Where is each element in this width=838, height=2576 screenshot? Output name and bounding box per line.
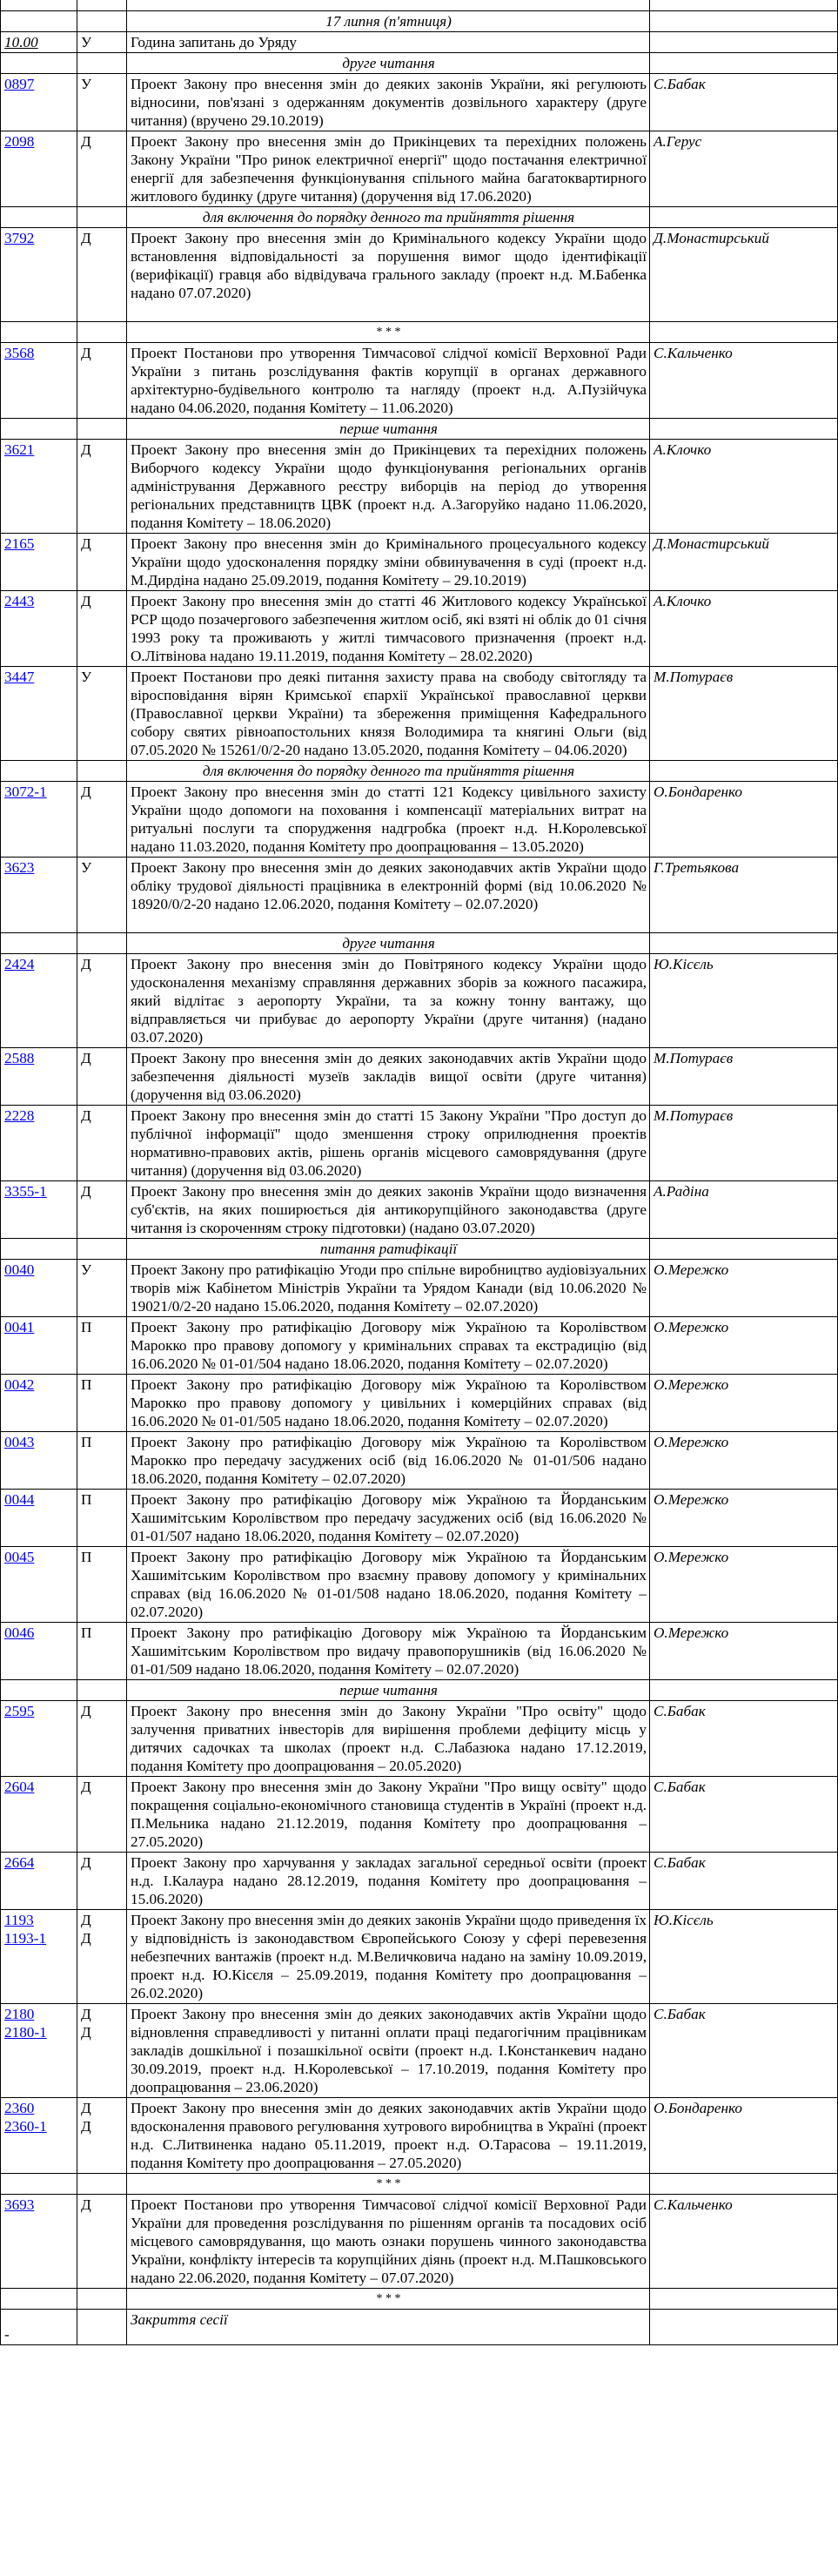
category-cell: ДД bbox=[77, 2004, 127, 2098]
agenda-item-row: 0897УПроект Закону про внесення змін до … bbox=[1, 74, 838, 131]
category-cell: Д bbox=[77, 1777, 127, 1853]
bill-number-link[interactable]: 3792 bbox=[4, 229, 74, 247]
agenda-item-row: 10.00УГодина запитань до Уряду bbox=[1, 32, 838, 53]
bill-number-cell: 3355-1 bbox=[1, 1181, 77, 1239]
category-cell: ДД bbox=[77, 1910, 127, 2004]
section-header-row: перше читання bbox=[1, 1680, 838, 1701]
bill-number-cell: 2604 bbox=[1, 1777, 77, 1853]
category-cell: У bbox=[77, 1260, 127, 1317]
agenda-item-row: 2165ДПроект Закону про внесення змін до … bbox=[1, 534, 838, 591]
responsible-person: С.Кальченко bbox=[650, 343, 838, 419]
agenda-item-row: 3447УПроект Постанови про деякі питання … bbox=[1, 667, 838, 761]
agenda-item-row: 11931193-1ДДПроект Закону про внесення з… bbox=[1, 1910, 838, 2004]
item-description: Проект Закону про ратифікацію Договору м… bbox=[127, 1547, 650, 1623]
bill-number-cell: 0041 bbox=[1, 1317, 77, 1375]
separator-row: * * * bbox=[1, 2289, 838, 2310]
category-code: У bbox=[81, 668, 124, 686]
item-description: Проект Закону про ратифікацію Договору м… bbox=[127, 1317, 650, 1375]
responsible-person bbox=[650, 32, 838, 53]
responsible-person: О.Мережко bbox=[650, 1317, 838, 1375]
bill-number-cell: 0043 bbox=[1, 1432, 77, 1490]
item-description: Година запитань до Уряду bbox=[127, 32, 650, 53]
category-cell: Д bbox=[77, 1048, 127, 1106]
agenda-item-row: 0042ППроект Закону про ратифікацію Догов… bbox=[1, 1375, 838, 1432]
bill-number-link[interactable]: 2180 bbox=[4, 2005, 74, 2023]
bill-number-link[interactable]: 2604 bbox=[4, 1778, 74, 1796]
section-title: друге читання bbox=[127, 53, 650, 74]
responsible-person: М.Потураєв bbox=[650, 1106, 838, 1181]
category-cell: У bbox=[77, 858, 127, 933]
bill-number-link[interactable]: 2588 bbox=[4, 1049, 74, 1067]
item-description: Проект Закону про ратифікацію Договору м… bbox=[127, 1432, 650, 1490]
category-cell: П bbox=[77, 1490, 127, 1547]
category-cell: У bbox=[77, 74, 127, 131]
bill-number-cell: 2165 bbox=[1, 534, 77, 591]
category-code: Д bbox=[81, 132, 124, 151]
category-cell: Д bbox=[77, 1106, 127, 1181]
category-code: П bbox=[81, 1624, 124, 1642]
section-header-row: питання ратифікації bbox=[1, 1239, 838, 1260]
top-blank-row bbox=[1, 0, 838, 11]
category-cell: П bbox=[77, 1375, 127, 1432]
category-cell: П bbox=[77, 1623, 127, 1680]
category-cell: Д bbox=[77, 1701, 127, 1777]
item-description: Проект Закону про внесення змін до статт… bbox=[127, 591, 650, 667]
bill-number-link[interactable]: 2424 bbox=[4, 955, 74, 973]
bill-number-cell: 2228 bbox=[1, 1106, 77, 1181]
closing-row: -Закриття сесії bbox=[1, 2310, 838, 2345]
item-description: Проект Закону про внесення змін до деяки… bbox=[127, 1910, 650, 2004]
item-description: Проект Закону про внесення змін до деяки… bbox=[127, 2004, 650, 2098]
category-code: У bbox=[81, 1261, 124, 1279]
section-title: друге читання bbox=[127, 933, 650, 954]
item-description: Проект Закону про ратифікацію Угоди про … bbox=[127, 1260, 650, 1317]
responsible-person: Д.Монастирський bbox=[650, 228, 838, 322]
bill-number-cell: 0044 bbox=[1, 1490, 77, 1547]
item-description: Проект Закону про ратифікацію Договору м… bbox=[127, 1375, 650, 1432]
bill-number-cell: 23602360-1 bbox=[1, 2098, 77, 2174]
responsible-person: О.Мережко bbox=[650, 1623, 838, 1680]
agenda-item-row: 2424ДПроект Закону про внесення змін до … bbox=[1, 954, 838, 1048]
bill-number-link[interactable]: 2228 bbox=[4, 1106, 74, 1125]
category-code: Д bbox=[81, 955, 124, 973]
responsible-person: О.Мережко bbox=[650, 1547, 838, 1623]
item-description: Проект Закону про внесення змін до Прикі… bbox=[127, 440, 650, 534]
responsible-person: О.Бондаренко bbox=[650, 2098, 838, 2174]
responsible-person: С.Кальченко bbox=[650, 2195, 838, 2289]
responsible-person: О.Бондаренко bbox=[650, 782, 838, 858]
separator-stars: * * * bbox=[127, 322, 650, 343]
agenda-item-row: 0045ППроект Закону про ратифікацію Догов… bbox=[1, 1547, 838, 1623]
bill-number-link[interactable]: 2360 bbox=[4, 2099, 74, 2117]
agenda-item-row: 3792ДПроект Закону про внесення змін до … bbox=[1, 228, 838, 322]
agenda-item-row: 23602360-1ДДПроект Закону про внесення з… bbox=[1, 2098, 838, 2174]
agenda-item-row: 0044ППроект Закону про ратифікацію Догов… bbox=[1, 1490, 838, 1547]
bill-number-cell: 2424 bbox=[1, 954, 77, 1048]
item-description: Проект Закону про внесення змін до деяки… bbox=[127, 858, 650, 933]
responsible-person: А.Клочко bbox=[650, 440, 838, 534]
responsible-person: С.Бабак bbox=[650, 2004, 838, 2098]
day-header-row: 17 липня (п'ятниця) bbox=[1, 11, 838, 32]
category-code: Д bbox=[81, 1778, 124, 1796]
bill-number-cell: 11931193-1 bbox=[1, 1910, 77, 2004]
agenda-item-row: 2098ДПроект Закону про внесення змін до … bbox=[1, 131, 838, 207]
category-code: Д bbox=[81, 441, 124, 459]
item-description: Проект Закону про ратифікацію Договору м… bbox=[127, 1490, 650, 1547]
bill-number-cell: 2098 bbox=[1, 131, 77, 207]
category-code: У bbox=[81, 75, 124, 93]
category-code: П bbox=[81, 1548, 124, 1566]
agenda-item-row: 3623УПроект Закону про внесення змін до … bbox=[1, 858, 838, 933]
section-title: перше читання bbox=[127, 1680, 650, 1701]
category-code: Д bbox=[81, 344, 124, 362]
responsible-person: Ю.Кісєль bbox=[650, 1910, 838, 2004]
section-header-row: друге читання bbox=[1, 933, 838, 954]
bill-number-link[interactable]: 3447 bbox=[4, 668, 74, 686]
responsible-person: О.Мережко bbox=[650, 1375, 838, 1432]
category-code: Д bbox=[81, 2117, 124, 2135]
section-title: для включення до порядку денного та прий… bbox=[127, 761, 650, 782]
agenda-item-row: 2228ДПроект Закону про внесення змін до … bbox=[1, 1106, 838, 1181]
bill-number-link[interactable]: 2098 bbox=[4, 132, 74, 151]
category-code: Д bbox=[81, 1049, 124, 1067]
category-code: Д bbox=[81, 2023, 124, 2041]
bill-number-cell: 3568 bbox=[1, 343, 77, 419]
bill-number-link[interactable]: 2180-1 bbox=[4, 2023, 74, 2041]
category-cell: ДД bbox=[77, 2098, 127, 2174]
bill-number-link[interactable]: 2443 bbox=[4, 592, 74, 610]
category-code: Д bbox=[81, 592, 124, 610]
responsible-person: М.Потураєв bbox=[650, 1048, 838, 1106]
bill-number-cell: 0897 bbox=[1, 74, 77, 131]
bill-number-cell: 0046 bbox=[1, 1623, 77, 1680]
category-cell: П bbox=[77, 1547, 127, 1623]
category-cell: Д bbox=[77, 1181, 127, 1239]
time-label: 10.00 bbox=[4, 34, 38, 50]
bill-number-cell: 3447 bbox=[1, 667, 77, 761]
bill-number-cell: 3792 bbox=[1, 228, 77, 322]
bill-number-link[interactable]: 2595 bbox=[4, 1702, 74, 1720]
section-header-row: для включення до порядку денного та прий… bbox=[1, 207, 838, 228]
category-code: П bbox=[81, 1490, 124, 1509]
category-cell: Д bbox=[77, 343, 127, 419]
bill-number-link[interactable]: 0045 bbox=[4, 1548, 74, 1566]
responsible-person: Д.Монастирський bbox=[650, 534, 838, 591]
category-cell: Д bbox=[77, 131, 127, 207]
responsible-person: С.Бабак bbox=[650, 74, 838, 131]
item-description: Проект Постанови про деякі питання захис… bbox=[127, 667, 650, 761]
agenda-item-row: 3693ДПроект Постанови про утворення Тимч… bbox=[1, 2195, 838, 2289]
bill-number-link[interactable]: 0044 bbox=[4, 1490, 74, 1509]
responsible-person: М.Потураєв bbox=[650, 667, 838, 761]
category-cell: Д bbox=[77, 440, 127, 534]
item-description: Проект Закону про внесення змін до Повіт… bbox=[127, 954, 650, 1048]
category-code: У bbox=[81, 33, 124, 51]
item-description: Проект Закону про внесення змін до Прикі… bbox=[127, 131, 650, 207]
bill-number-cell: 2443 bbox=[1, 591, 77, 667]
item-description: Проект Закону про внесення змін до Закон… bbox=[127, 1701, 650, 1777]
category-cell: Д bbox=[77, 228, 127, 322]
bill-number-link[interactable]: 0041 bbox=[4, 1318, 74, 1336]
bill-number-cell: 21802180-1 bbox=[1, 2004, 77, 2098]
bill-number-link[interactable]: 3355-1 bbox=[4, 1182, 74, 1201]
closing-text: Закриття сесії bbox=[127, 2310, 650, 2345]
item-description: Проект Постанови про утворення Тимчасово… bbox=[127, 343, 650, 419]
responsible-person: А.Клочко bbox=[650, 591, 838, 667]
section-header-row: перше читання bbox=[1, 419, 838, 440]
section-header-row: друге читання bbox=[1, 53, 838, 74]
category-cell: Д bbox=[77, 2195, 127, 2289]
bill-number-link[interactable]: 2165 bbox=[4, 535, 74, 553]
agenda-item-row: 21802180-1ДДПроект Закону про внесення з… bbox=[1, 2004, 838, 2098]
category-code: Д bbox=[81, 1106, 124, 1125]
category-code: П bbox=[81, 1433, 124, 1451]
bill-number-cell: 2588 bbox=[1, 1048, 77, 1106]
item-description: Проект Закону про внесення змін до Кримі… bbox=[127, 534, 650, 591]
responsible-person: Г.Третьякова bbox=[650, 858, 838, 933]
separator-row: * * * bbox=[1, 322, 838, 343]
item-description: Проект Закону про внесення змін до Закон… bbox=[127, 1777, 650, 1853]
agenda-body: 17 липня (п'ятниця) 10.00УГодина запитан… bbox=[1, 0, 838, 2345]
item-description: Проект Закону про внесення змін до статт… bbox=[127, 1106, 650, 1181]
bill-number-cell: 10.00 bbox=[1, 32, 77, 53]
category-code: Д bbox=[81, 535, 124, 553]
category-cell: У bbox=[77, 32, 127, 53]
agenda-item-row: 3621ДПроект Закону про внесення змін до … bbox=[1, 440, 838, 534]
responsible-person: О.Мережко bbox=[650, 1260, 838, 1317]
agenda-item-row: 2588ДПроект Закону про внесення змін до … bbox=[1, 1048, 838, 1106]
closing-number: - bbox=[1, 2310, 77, 2345]
bill-number-cell: 3621 bbox=[1, 440, 77, 534]
category-code: Д bbox=[81, 229, 124, 247]
responsible-person: С.Бабак bbox=[650, 1701, 838, 1777]
section-title: питання ратифікації bbox=[127, 1239, 650, 1260]
responsible-person: О.Мережко bbox=[650, 1490, 838, 1547]
bill-number-cell: 2595 bbox=[1, 1701, 77, 1777]
category-cell: У bbox=[77, 667, 127, 761]
bill-number-cell: 2664 bbox=[1, 1853, 77, 1910]
separator-stars: * * * bbox=[127, 2289, 650, 2310]
bill-number-link[interactable]: 3693 bbox=[4, 2196, 74, 2214]
bill-number-link[interactable]: 3623 bbox=[4, 858, 74, 877]
bill-number-link[interactable]: 0897 bbox=[4, 75, 74, 93]
responsible-person: Ю.Кісєль bbox=[650, 954, 838, 1048]
agenda-item-row: 0043ППроект Закону про ратифікацію Догов… bbox=[1, 1432, 838, 1490]
responsible-person: О.Мережко bbox=[650, 1432, 838, 1490]
bill-number-link[interactable]: 3568 bbox=[4, 344, 74, 362]
agenda-item-row: 2443ДПроект Закону про внесення змін до … bbox=[1, 591, 838, 667]
item-description: Проект Закону про внесення змін до деяки… bbox=[127, 74, 650, 131]
responsible-person: С.Бабак bbox=[650, 1853, 838, 1910]
category-code: Д bbox=[81, 2196, 124, 2214]
item-description: Проект Закону про ратифікацію Договору м… bbox=[127, 1623, 650, 1680]
bill-number-link[interactable]: 2360-1 bbox=[4, 2117, 74, 2135]
category-code: Д bbox=[81, 1853, 124, 1872]
category-code: Д bbox=[81, 783, 124, 801]
category-cell: П bbox=[77, 1432, 127, 1490]
section-title: перше читання bbox=[127, 419, 650, 440]
category-code: Д bbox=[81, 1182, 124, 1201]
item-description: Проект Закону про внесення змін до Кримі… bbox=[127, 228, 650, 322]
category-code: Д bbox=[81, 1929, 124, 1947]
category-code: П bbox=[81, 1375, 124, 1394]
bill-number-cell: 3693 bbox=[1, 2195, 77, 2289]
agenda-item-row: 3568ДПроект Постанови про утворення Тимч… bbox=[1, 343, 838, 419]
bill-number-cell: 0040 bbox=[1, 1260, 77, 1317]
bill-number-link[interactable]: 0046 bbox=[4, 1624, 74, 1642]
separator-stars: * * * bbox=[127, 2174, 650, 2195]
category-cell: Д bbox=[77, 954, 127, 1048]
category-cell: П bbox=[77, 1317, 127, 1375]
bill-number-link[interactable]: 0043 bbox=[4, 1433, 74, 1451]
category-code: Д bbox=[81, 2005, 124, 2023]
bill-number-link[interactable]: 2664 bbox=[4, 1853, 74, 1872]
agenda-item-row: 0046ППроект Закону про ратифікацію Догов… bbox=[1, 1623, 838, 1680]
agenda-item-row: 0041ППроект Закону про ратифікацію Догов… bbox=[1, 1317, 838, 1375]
responsible-person: А.Герус bbox=[650, 131, 838, 207]
bill-number-cell: 0042 bbox=[1, 1375, 77, 1432]
agenda-item-row: 3072-1ДПроект Закону про внесення змін д… bbox=[1, 782, 838, 858]
category-cell: Д bbox=[77, 1853, 127, 1910]
category-code: Д bbox=[81, 2099, 124, 2117]
item-description: Проект Постанови про утворення Тимчасово… bbox=[127, 2195, 650, 2289]
category-cell: Д bbox=[77, 782, 127, 858]
category-code: П bbox=[81, 1318, 124, 1336]
item-description: Проект Закону про внесення змін до деяки… bbox=[127, 2098, 650, 2174]
bill-number-cell: 3623 bbox=[1, 858, 77, 933]
bill-number-link[interactable]: 0040 bbox=[4, 1261, 74, 1279]
bill-number-cell: 3072-1 bbox=[1, 782, 77, 858]
day-header: 17 липня (п'ятниця) bbox=[127, 11, 650, 32]
separator-row: * * * bbox=[1, 2174, 838, 2195]
item-description: Проект Закону про внесення змін до деяки… bbox=[127, 1048, 650, 1106]
bill-number-link[interactable]: 0042 bbox=[4, 1375, 74, 1394]
bill-number-link[interactable]: 3072-1 bbox=[4, 783, 74, 801]
category-code: Д bbox=[81, 1702, 124, 1720]
category-cell: Д bbox=[77, 591, 127, 667]
bill-number-link[interactable]: 3621 bbox=[4, 441, 74, 459]
category-code: У bbox=[81, 858, 124, 877]
agenda-item-row: 0040УПроект Закону про ратифікацію Угоди… bbox=[1, 1260, 838, 1317]
bill-number-link[interactable]: 1193 bbox=[4, 1911, 74, 1929]
item-description: Проект Закону про харчування у закладах … bbox=[127, 1853, 650, 1910]
section-header-row: для включення до порядку денного та прий… bbox=[1, 761, 838, 782]
agenda-item-row: 3355-1ДПроект Закону про внесення змін д… bbox=[1, 1181, 838, 1239]
category-cell: Д bbox=[77, 534, 127, 591]
agenda-item-row: 2595ДПроект Закону про внесення змін до … bbox=[1, 1701, 838, 1777]
agenda-item-row: 2604ДПроект Закону про внесення змін до … bbox=[1, 1777, 838, 1853]
bill-number-cell: 0045 bbox=[1, 1547, 77, 1623]
agenda-item-row: 2664ДПроект Закону про харчування у закл… bbox=[1, 1853, 838, 1910]
responsible-person: С.Бабак bbox=[650, 1777, 838, 1853]
bill-number-link[interactable]: 1193-1 bbox=[4, 1929, 74, 1947]
responsible-person: А.Радіна bbox=[650, 1181, 838, 1239]
item-description: Проект Закону про внесення змін до деяки… bbox=[127, 1181, 650, 1239]
agenda-table: 17 липня (п'ятниця) 10.00УГодина запитан… bbox=[0, 0, 838, 2345]
category-code: Д bbox=[81, 1911, 124, 1929]
section-title: для включення до порядку денного та прий… bbox=[127, 207, 650, 228]
item-description: Проект Закону про внесення змін до статт… bbox=[127, 782, 650, 858]
